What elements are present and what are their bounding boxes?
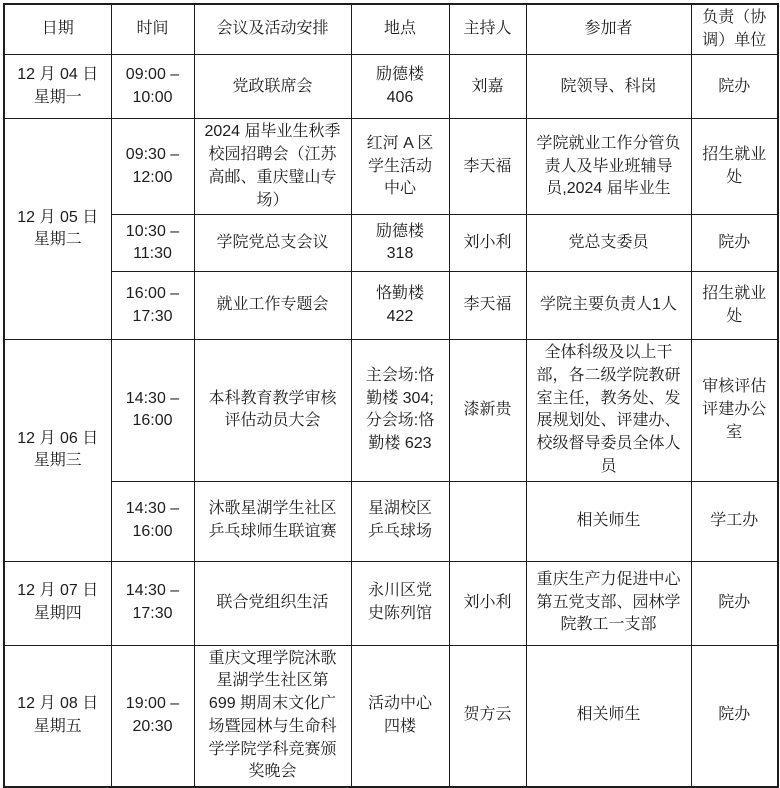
host-cell: 刘小利 [449,215,526,272]
table-row: 16:00 – 17:30 就业工作专题会 恪勤楼 422 李天福 学院主要负责… [4,272,778,340]
table-row: 12 月 05 日 星期二 09:30 – 12:00 2024 届毕业生秋季校… [4,119,778,215]
participants-cell: 院领导、科岗 [526,55,691,119]
weekly-schedule-table: 日期 时间 会议及活动安排 地点 主持人 参加者 负责（协调）单位 12 月 0… [3,3,779,788]
table-row: 14:30 – 16:00 沐歌星湖学生社区乒乓球师生联谊赛 星湖校区乒乓球场 … [4,481,778,561]
location-cell: 励德楼 406 [351,55,449,119]
time-cell: 14:30 – 17:30 [111,561,194,645]
host-cell: 李天福 [449,272,526,340]
table-row: 10:30 – 11:30 学院党总支会议 励德楼 318 刘小利 党总支委员 … [4,215,778,272]
unit-cell: 院办 [691,215,778,272]
time-cell: 19:00 – 20:30 [111,645,194,787]
event-cell: 重庆文理学院沐歌星湖学生社区第 699 期周末文化广场暨园林与生命科学学院学科竞… [194,645,351,787]
time-cell: 14:30 – 16:00 [111,481,194,561]
unit-cell: 院办 [691,55,778,119]
location-cell: 主会场:恪勤楼 304;分会场:恪勤楼 623 [351,340,449,481]
time-cell: 09:00 – 10:00 [111,55,194,119]
host-cell: 漆新贵 [449,340,526,481]
table-row: 12 月 04 日 星期一 09:00 – 10:00 党政联席会 励德楼 40… [4,55,778,119]
event-cell: 本科教育教学审核评估动员大会 [194,340,351,481]
header-time: 时间 [111,4,194,55]
event-cell: 党政联席会 [194,55,351,119]
table-row: 12 月 07 日 星期四 14:30 – 17:30 联合党组织生活 永川区党… [4,561,778,645]
unit-cell: 院办 [691,645,778,787]
header-event: 会议及活动安排 [194,4,351,55]
unit-cell: 学工办 [691,481,778,561]
unit-cell: 招生就业处 [691,272,778,340]
unit-cell: 院办 [691,561,778,645]
location-cell: 永川区党史陈列馆 [351,561,449,645]
event-cell: 联合党组织生活 [194,561,351,645]
host-cell: 刘小利 [449,561,526,645]
date-cell: 12 月 08 日 星期五 [4,645,111,787]
location-cell: 星湖校区乒乓球场 [351,481,449,561]
event-cell: 学院党总支会议 [194,215,351,272]
participants-cell: 党总支委员 [526,215,691,272]
header-unit: 负责（协调）单位 [691,4,778,55]
host-cell [449,481,526,561]
date-cell: 12 月 06 日 星期三 [4,340,111,561]
location-cell: 恪勤楼 422 [351,272,449,340]
participants-cell: 学院主要负责人1人 [526,272,691,340]
location-cell: 活动中心 四楼 [351,645,449,787]
participants-cell: 学院就业工作分管负责人及毕业班辅导员,2024 届毕业生 [526,119,691,215]
header-location: 地点 [351,4,449,55]
header-date: 日期 [4,4,111,55]
date-cell: 12 月 04 日 星期一 [4,55,111,119]
header-participants: 参加者 [526,4,691,55]
unit-cell: 审核评估评建办公室 [691,340,778,481]
host-cell: 贺方云 [449,645,526,787]
time-cell: 14:30 – 16:00 [111,340,194,481]
location-cell: 红河 A 区学生活动中心 [351,119,449,215]
event-cell: 2024 届毕业生秋季校园招聘会（江苏高邮、重庆璧山专场） [194,119,351,215]
participants-cell: 重庆生产力促进中心第五党支部、园林学院教工一支部 [526,561,691,645]
table-row: 12 月 06 日 星期三 14:30 – 16:00 本科教育教学审核评估动员… [4,340,778,481]
header-row: 日期 时间 会议及活动安排 地点 主持人 参加者 负责（协调）单位 [4,4,778,55]
participants-cell: 相关师生 [526,481,691,561]
participants-cell: 相关师生 [526,645,691,787]
date-cell: 12 月 05 日 星期二 [4,119,111,340]
time-cell: 10:30 – 11:30 [111,215,194,272]
host-cell: 刘嘉 [449,55,526,119]
event-cell: 沐歌星湖学生社区乒乓球师生联谊赛 [194,481,351,561]
time-cell: 16:00 – 17:30 [111,272,194,340]
host-cell: 李天福 [449,119,526,215]
table-row: 12 月 08 日 星期五 19:00 – 20:30 重庆文理学院沐歌星湖学生… [4,645,778,787]
time-cell: 09:30 – 12:00 [111,119,194,215]
date-cell: 12 月 07 日 星期四 [4,561,111,645]
unit-cell: 招生就业处 [691,119,778,215]
event-cell: 就业工作专题会 [194,272,351,340]
location-cell: 励德楼 318 [351,215,449,272]
header-host: 主持人 [449,4,526,55]
participants-cell: 全体科级及以上干部，各二级学院教研室主任，教务处、发展规划处、评建办、校级督导委… [526,340,691,481]
